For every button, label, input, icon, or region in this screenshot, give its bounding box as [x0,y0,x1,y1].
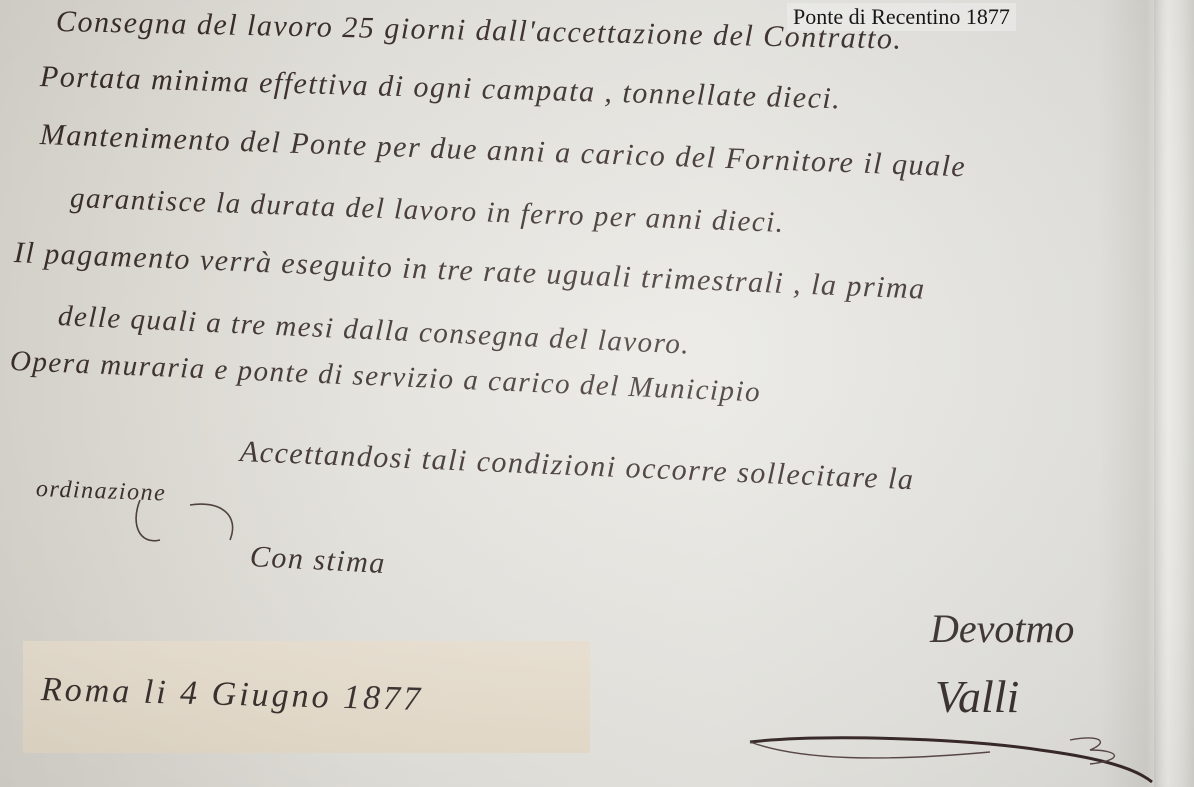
date-line: Roma li 4 Giugno 1877 [41,671,424,719]
letter-closing-greeting: Con stima [249,540,387,581]
signature-name: Valli [935,670,1019,723]
signature-flourish-icon [740,720,1160,787]
letter-line-4: garantisce la durata del lavoro in ferro… [69,182,785,240]
pen-flourish-icon [120,495,260,565]
page-binding-edge [1154,0,1194,787]
signature-closing: Devotmo [930,605,1074,652]
letter-line-1: Consegna del lavoro 25 giorni dall'accet… [56,5,903,57]
letter-line-8: Accettandosi tali condizioni occorre sol… [239,435,915,497]
letter-line-5: Il pagamento verrà eseguito in tre rate … [13,236,926,307]
scanned-letter-page: Ponte di Recentino 1877 Consegna del lav… [0,0,1194,787]
date-inset: Roma li 4 Giugno 1877 [23,641,590,753]
letter-line-2: Portata minima effettiva di ogni campata… [40,60,842,116]
letter-line-3: Mantenimento del Ponte per due anni a ca… [39,118,966,184]
